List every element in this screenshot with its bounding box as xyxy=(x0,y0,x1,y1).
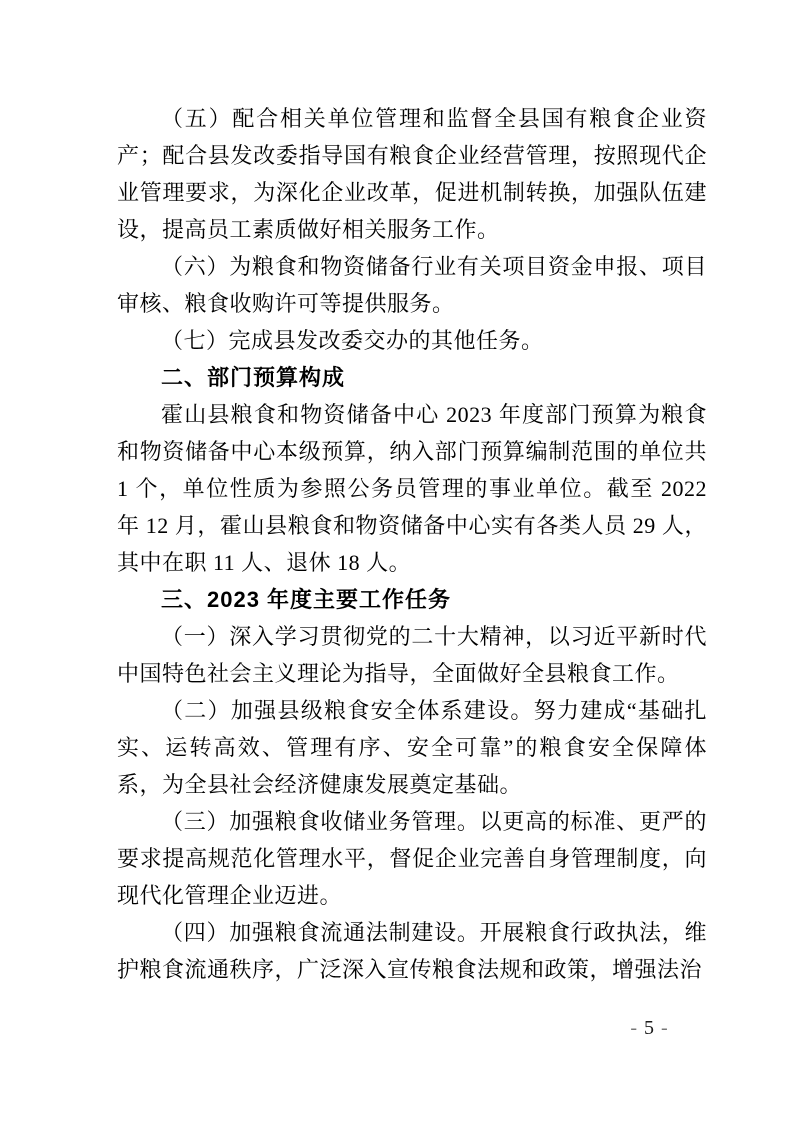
document-page: （五）配合相关单位管理和监督全县国有粮食企业资产；配合县发改委指导国有粮食企业经… xyxy=(0,0,793,1122)
task-paragraph-1: （一）深入学习贯彻党的二十大精神，以习近平新时代中国特色社会主义理论为指导，全面… xyxy=(117,618,707,692)
budget-composition-paragraph: 霍山县粮食和物资储备中心 2023 年度部门预算为粮食和物资储备中心本级预算，纳… xyxy=(117,396,707,581)
paragraph-item-6: （六）为粮食和物资储备行业有关项目资金申报、项目审核、粮食收购许可等提供服务。 xyxy=(117,248,707,322)
page-number-dash-left: - xyxy=(630,1017,637,1039)
task-paragraph-2: （二）加强县级粮食安全体系建设。努力建成“基础扎实、运转高效、管理有序、安全可靠… xyxy=(117,692,707,803)
page-number-dash-right: - xyxy=(661,1017,668,1039)
section-heading-2023-tasks: 三、2023 年度主要工作任务 xyxy=(117,581,707,618)
paragraph-item-7: （七）完成县发改委交办的其他任务。 xyxy=(117,322,707,359)
task-paragraph-4: （四）加强粮食流通法制建设。开展粮食行政执法，维护粮食流通秩序，广泛深入宣传粮食… xyxy=(117,914,707,988)
page-footer: -5- xyxy=(589,1016,709,1040)
document-body: （五）配合相关单位管理和监督全县国有粮食企业资产；配合县发改委指导国有粮食企业经… xyxy=(117,100,707,988)
paragraph-item-5: （五）配合相关单位管理和监督全县国有粮食企业资产；配合县发改委指导国有粮食企业经… xyxy=(117,100,707,248)
section-heading-budget-composition: 二、部门预算构成 xyxy=(117,359,707,396)
task-paragraph-3: （三）加强粮食收储业务管理。以更高的标准、更严的要求提高规范化管理水平，督促企业… xyxy=(117,803,707,914)
page-number: 5 xyxy=(644,1017,654,1039)
